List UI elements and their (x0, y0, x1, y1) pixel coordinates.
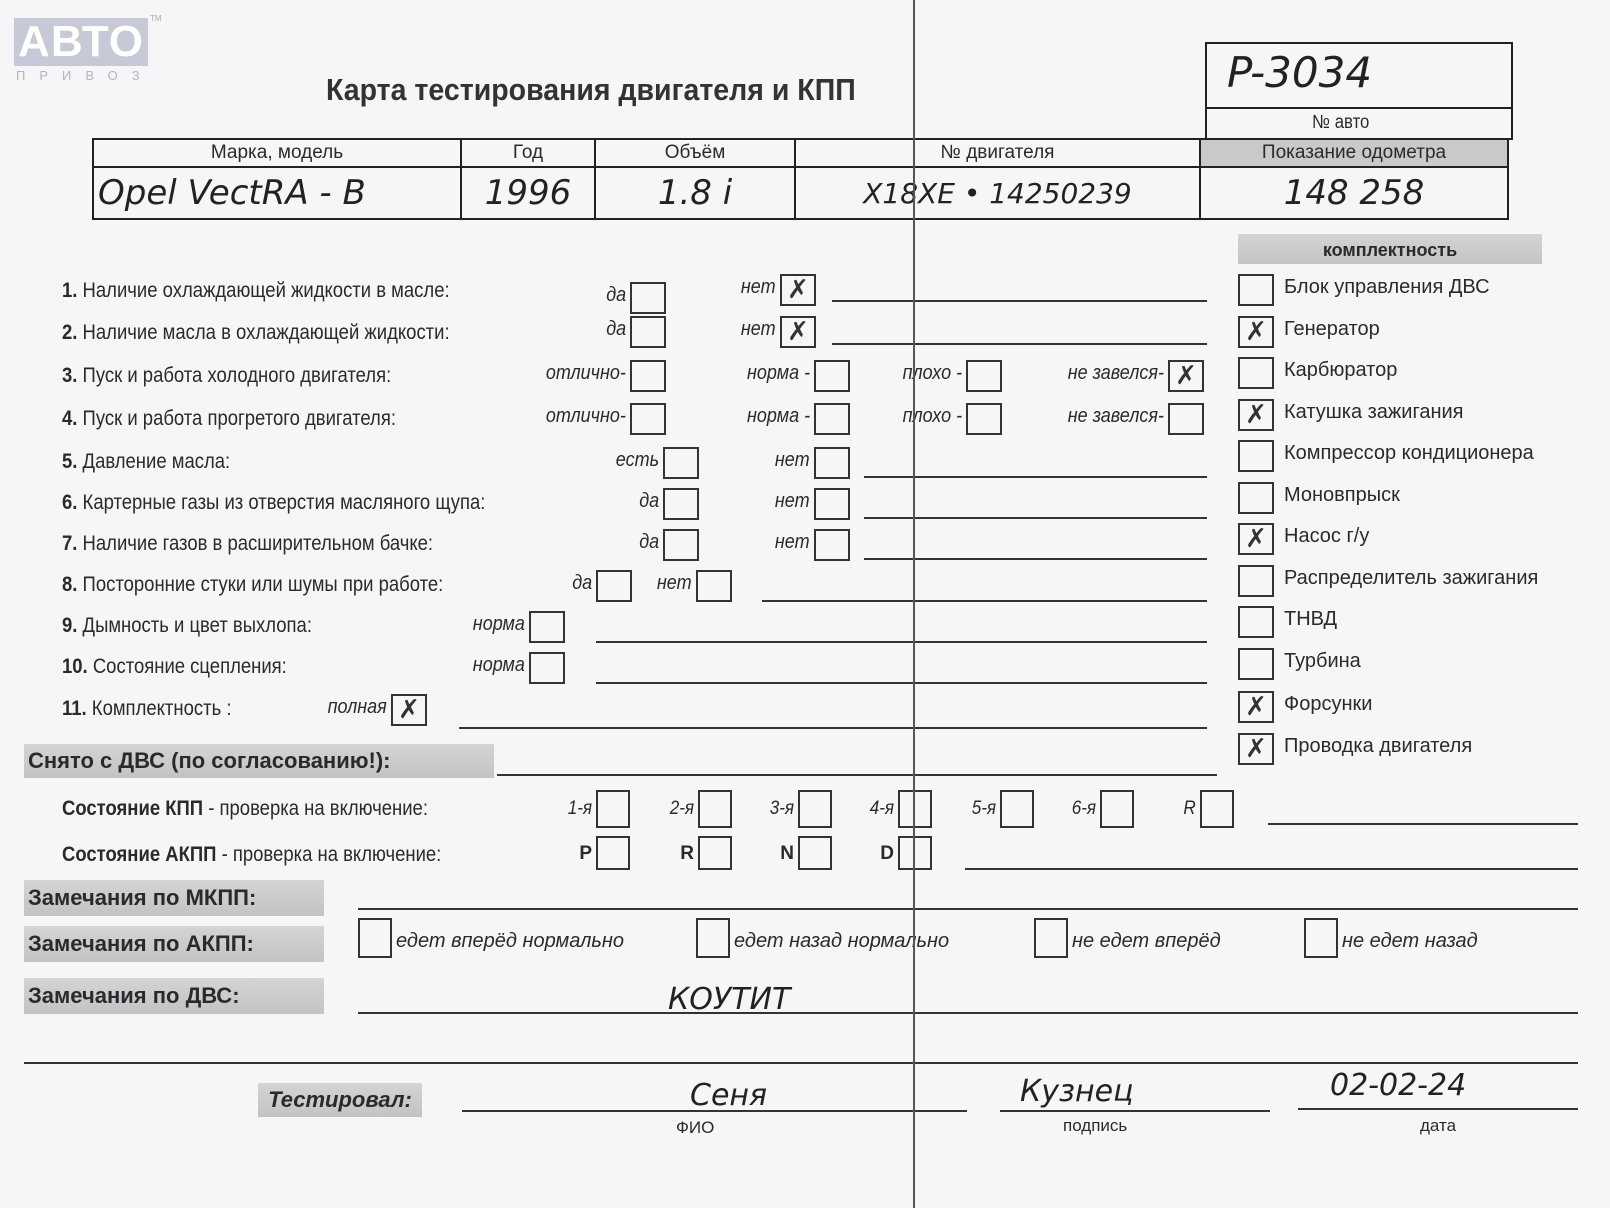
question-checkbox[interactable] (630, 282, 666, 314)
check-mark-icon: ✗ (1240, 525, 1272, 553)
akpp-gear-label: R (680, 843, 694, 865)
option-label: отлично- (546, 405, 626, 428)
komplektnost-title: комплектность (1238, 234, 1542, 264)
question-checkbox[interactable] (966, 403, 1002, 435)
option-label: да (606, 318, 626, 341)
komplektnost-item-label: Компрессор кондиционера (1284, 442, 1534, 465)
remarks-extra-line[interactable] (24, 1062, 1578, 1064)
akpp-gear-label: D (880, 843, 894, 865)
question-notes-line[interactable] (596, 641, 1207, 643)
question-label: 11. Комплектность : (62, 697, 231, 721)
question-checkbox[interactable] (1168, 403, 1204, 435)
option-label: норма (473, 613, 525, 636)
question-label: 9. Дымность и цвет выхлопа: (62, 614, 312, 638)
signature-caption: подпись (1063, 1116, 1127, 1136)
option-label: норма - (747, 405, 810, 428)
removed-line[interactable] (497, 774, 1217, 776)
option-label: есть (616, 449, 659, 472)
question-notes-line[interactable] (832, 343, 1207, 345)
akpp-notes-line[interactable] (965, 868, 1578, 870)
question-checkbox[interactable] (663, 488, 699, 520)
question-checkbox[interactable] (966, 360, 1002, 392)
komplektnost-checkbox[interactable]: ✗ (1238, 316, 1274, 348)
komplektnost-item-label: Блок управления ДВС (1284, 276, 1490, 299)
option-label: нет (775, 490, 810, 513)
question-checkbox[interactable]: ✗ (780, 274, 816, 306)
option-label: да (639, 531, 659, 554)
kpp-gear-checkbox[interactable] (898, 790, 932, 828)
akpp-gear-checkbox[interactable] (596, 836, 630, 870)
kpp-notes-line[interactable] (1268, 823, 1578, 825)
kpp-label: Состояние КПП - проверка на включение: (62, 797, 428, 821)
question-label: 7. Наличие газов в расширительном бачке: (62, 532, 433, 556)
kpp-gear-label: 1-я (568, 798, 592, 820)
question-notes-line[interactable] (832, 300, 1207, 302)
remarks-mkpp-label: Замечания по МКПП: (24, 880, 324, 916)
akpp-remark-label: не едет вперёд (1072, 930, 1221, 953)
page-title: Карта тестирования двигателя и КПП (326, 72, 856, 108)
komplektnost-checkbox[interactable]: ✗ (1238, 399, 1274, 431)
logo-brand: АВТО (14, 18, 148, 66)
question-checkbox[interactable] (630, 360, 666, 392)
komplektnost-item-label: Турбина (1284, 650, 1361, 673)
remarks-dvs-line[interactable] (358, 1012, 1578, 1014)
option-label: да (639, 490, 659, 513)
question-notes-line[interactable] (864, 517, 1207, 519)
option-label: да (572, 572, 592, 595)
komplektnost-item-label: Генератор (1284, 318, 1380, 341)
option-label: нет (657, 572, 692, 595)
date-value[interactable]: 02-02-24 (1330, 1068, 1466, 1103)
option-label: норма (473, 654, 525, 677)
kpp-gear-checkbox[interactable] (698, 790, 732, 828)
check-mark-icon: ✗ (1240, 318, 1272, 346)
akpp-remark-checkbox[interactable] (358, 918, 392, 958)
option-label: нет (741, 276, 776, 299)
check-mark-icon: ✗ (1170, 362, 1202, 390)
check-mark-icon: ✗ (782, 318, 814, 346)
akpp-remark-checkbox[interactable] (1034, 918, 1068, 958)
akpp-remark-label: едет назад нормально (734, 930, 949, 953)
date-caption: дата (1420, 1116, 1456, 1136)
question-checkbox[interactable] (529, 652, 565, 684)
signature-line (1000, 1110, 1270, 1112)
question-checkbox[interactable] (663, 529, 699, 561)
question-label: 8. Посторонние стуки или шумы при работе… (62, 573, 443, 597)
auto-number-value: P-3034 (1227, 48, 1372, 97)
kpp-gear-label: 2-я (670, 798, 694, 820)
question-checkbox[interactable]: ✗ (391, 694, 427, 726)
akpp-gear-checkbox[interactable] (898, 836, 932, 870)
question-notes-line[interactable] (459, 727, 1207, 729)
fio-value[interactable]: Сеня (690, 1078, 767, 1113)
check-mark-icon: ✗ (1240, 735, 1272, 763)
akpp-gear-checkbox[interactable] (798, 836, 832, 870)
question-checkbox[interactable] (630, 403, 666, 435)
question-checkbox[interactable] (663, 447, 699, 479)
check-mark-icon: ✗ (782, 276, 814, 304)
question-checkbox[interactable] (814, 403, 850, 435)
komplektnost-checkbox[interactable]: ✗ (1238, 691, 1274, 723)
komplektnost-checkbox[interactable] (1238, 606, 1274, 638)
value-odometer[interactable]: 148 258 (1200, 167, 1508, 219)
fio-line (462, 1110, 967, 1112)
value-model[interactable]: Opel VectRA - B (93, 167, 461, 219)
kpp-gear-label: 3-я (770, 798, 794, 820)
komplektnost-item-label: Распределитель зажигания (1284, 567, 1538, 590)
value-year[interactable]: 1996 (461, 167, 595, 219)
komplektnost-item-label: Катушка зажигания (1284, 401, 1464, 424)
option-label: нет (775, 449, 810, 472)
col-volume: Объём (595, 139, 795, 167)
komplektnost-item-label: ТНВД (1284, 608, 1337, 631)
komplektnost-checkbox[interactable] (1238, 565, 1274, 597)
kpp-gear-label: 4-я (870, 798, 894, 820)
logo-tagline: ПРИВОЗ (16, 68, 154, 83)
akpp-remark-checkbox[interactable] (1304, 918, 1338, 958)
question-checkbox[interactable] (696, 570, 732, 602)
akpp-remark-label: не едет назад (1342, 930, 1478, 953)
signature-value[interactable]: Кузнец (1020, 1074, 1134, 1109)
kpp-gear-label: 6-я (1072, 798, 1096, 820)
komplektnost-checkbox[interactable] (1238, 274, 1274, 306)
komplektnost-item-label: Насос г/у (1284, 525, 1369, 548)
col-year: Год (461, 139, 595, 167)
logo-trademark: TM (150, 14, 162, 23)
kpp-gear-checkbox[interactable] (798, 790, 832, 828)
check-mark-icon: ✗ (393, 696, 425, 724)
question-checkbox[interactable]: ✗ (780, 316, 816, 348)
remarks-akpp-label: Замечания по АКПП: (24, 926, 324, 962)
fio-caption: ФИО (676, 1118, 714, 1138)
question-label: 1. Наличие охлаждающей жидкости в масле: (62, 279, 450, 303)
remarks-dvs-label: Замечания по ДВС: (24, 978, 324, 1014)
question-label: 6. Картерные газы из отверстия масляного… (62, 491, 485, 515)
question-label: 3. Пуск и работа холодного двигателя: (62, 364, 391, 388)
question-label: 2. Наличие масла в охлаждающей жидкости: (62, 321, 450, 345)
vehicle-info-table: Марка, модель Год Объём № двигателя Пока… (92, 138, 1509, 220)
komplektnost-checkbox[interactable] (1238, 648, 1274, 680)
question-checkbox[interactable] (814, 360, 850, 392)
question-checkbox[interactable] (814, 447, 850, 479)
value-volume[interactable]: 1.8 i (595, 167, 795, 219)
komplektnost-checkbox[interactable]: ✗ (1238, 523, 1274, 555)
question-label: 5. Давление масла: (62, 450, 230, 474)
auto-number-box: P-3034 № авто (1205, 42, 1513, 140)
question-notes-line[interactable] (864, 558, 1207, 560)
komplektnost-checkbox[interactable] (1238, 357, 1274, 389)
option-label: полная (328, 696, 387, 719)
option-label: отлично- (546, 362, 626, 385)
col-model: Марка, модель (93, 139, 461, 167)
tested-by-label: Тестировал: (258, 1083, 422, 1117)
akpp-remark-checkbox[interactable] (696, 918, 730, 958)
paper-fold-line (913, 0, 915, 1208)
question-label: 4. Пуск и работа прогретого двигателя: (62, 407, 396, 431)
remarks-mkpp-line[interactable] (358, 908, 1578, 910)
komplektnost-checkbox[interactable] (1238, 482, 1274, 514)
komplektnost-item-label: Форсунки (1284, 693, 1372, 716)
auto-number-label: № авто (1207, 112, 1475, 134)
question-checkbox[interactable]: ✗ (1168, 360, 1204, 392)
check-mark-icon: ✗ (1240, 693, 1272, 721)
akpp-gear-label: N (780, 843, 794, 865)
komplektnost-checkbox[interactable]: ✗ (1238, 733, 1274, 765)
akpp-gear-checkbox[interactable] (698, 836, 732, 870)
option-label: плохо - (903, 362, 962, 385)
question-notes-line[interactable] (762, 600, 1207, 602)
kpp-gear-checkbox[interactable] (1200, 790, 1234, 828)
kpp-gear-checkbox[interactable] (596, 790, 630, 828)
question-notes-line[interactable] (596, 682, 1207, 684)
question-notes-line[interactable] (864, 476, 1207, 478)
question-checkbox[interactable] (814, 488, 850, 520)
kpp-gear-label: 5-я (972, 798, 996, 820)
kpp-gear-label: R (1184, 798, 1196, 820)
komplektnost-checkbox[interactable] (1238, 440, 1274, 472)
col-odometer: Показание одометра (1200, 139, 1508, 167)
question-checkbox[interactable] (814, 529, 850, 561)
option-label: да (606, 284, 626, 307)
option-label: нет (775, 531, 810, 554)
question-checkbox[interactable] (529, 611, 565, 643)
akpp-remark-label: едет вперёд нормально (396, 930, 624, 953)
date-line (1298, 1108, 1578, 1110)
question-checkbox[interactable] (596, 570, 632, 602)
kpp-gear-checkbox[interactable] (1000, 790, 1034, 828)
question-checkbox[interactable] (630, 316, 666, 348)
option-label: плохо - (903, 405, 962, 428)
komplektnost-item-label: Моновпрыск (1284, 484, 1400, 507)
value-engine-number[interactable]: X18XE • 14250239 (795, 167, 1200, 219)
akpp-label: Состояние АКПП - проверка на включение: (62, 843, 441, 867)
question-label: 10. Состояние сцепления: (62, 655, 287, 679)
col-engine-number: № двигателя (795, 139, 1200, 167)
check-mark-icon: ✗ (1240, 401, 1272, 429)
komplektnost-item-label: Карбюратор (1284, 359, 1397, 382)
kpp-gear-checkbox[interactable] (1100, 790, 1134, 828)
komplektnost-item-label: Проводка двигателя (1284, 735, 1472, 758)
option-label: не завелся- (1068, 362, 1164, 385)
option-label: норма - (747, 362, 810, 385)
option-label: нет (741, 318, 776, 341)
akpp-gear-label: P (579, 843, 592, 865)
removed-section-label: Снято с ДВС (по согласованию!): (24, 744, 494, 778)
option-label: не завелся- (1068, 405, 1164, 428)
